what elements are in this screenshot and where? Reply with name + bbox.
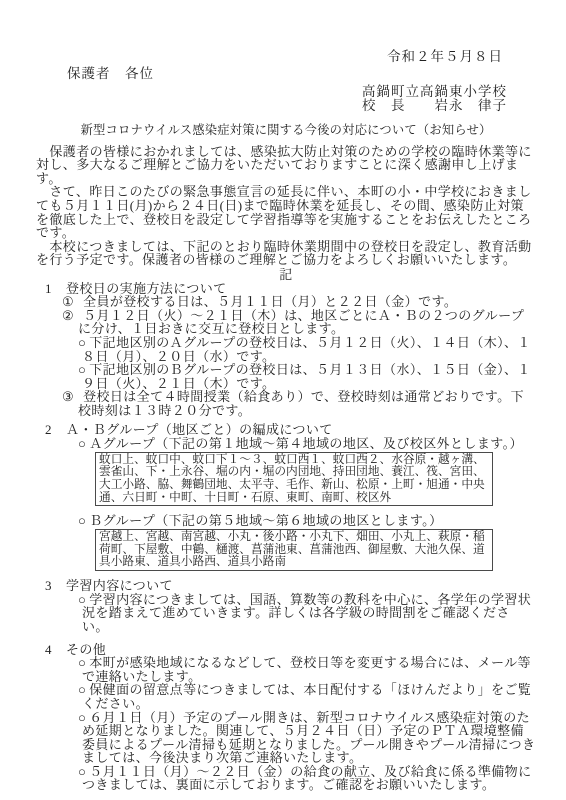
section-number: 1 [45, 282, 66, 296]
item-text: 本町が感染地域になるなどして、登校日等を変更する場合には、メール等で連絡いたしま… [82, 655, 531, 684]
item-text: Ａグループ（下記の第１地域～第４地域の地区、及び校区外とします。） [89, 436, 523, 451]
section-attendance-days: 1 登校日の実施方法について ①全員が登校する日は、５月１１日（月）と２２日（金… [36, 282, 536, 418]
sender-block: 高鍋町立高鍋東小学校 校 長 岩永 律子 [36, 85, 536, 113]
list-item: ○学習内容につきましては、国語、算数等の教科を中心に、各学年の学習状況を踏まえて… [82, 593, 536, 634]
section-other: 4 その他 ○本町が感染地域になるなどして、登校日等を変更する場合には、メール等… [36, 643, 536, 793]
list-item: ①全員が登校する日は、５月１１日（月）と２２日（金）です。 [78, 295, 536, 309]
list-item: ②５月１２日（火）～２１日（木）は、地区ごとにＡ・Ｂの２つのグループに分け、１日… [78, 309, 536, 336]
circled-number-marker: ① [62, 294, 74, 309]
section-title: 学習内容について [66, 579, 173, 593]
sender-principal: 校 長 岩永 律子 [36, 99, 507, 113]
sender-school: 高鍋町立高鍋東小学校 [36, 85, 507, 99]
section-group-composition: 2 Ａ・Ｂグループ（地区ごと）の編成について ○Ａグループ（下記の第１地域～第４… [36, 423, 536, 571]
preamble: 保護者の皆様におかれましては、感染拡大防止対策のための学校の臨時休業等に対し、多… [36, 145, 536, 267]
item-text: 学習内容につきましては、国語、算数等の教科を中心に、各学年の学習状況を踏まえて進… [82, 592, 531, 634]
list-item: ③登校日は全て４時間授業（給食あり）で、登校時刻は通常どおりです。下校時刻は１３… [78, 390, 536, 417]
section-title: Ａ・Ｂグループ（地区ごと）の編成について [66, 423, 333, 437]
circled-number-marker: ② [62, 308, 74, 323]
item-text: 下記地区別のＡグループの登校日は、５月１２日（火）、１４日（木）、１８日（月）、… [82, 335, 531, 364]
section-learning-content: 3 学習内容について ○学習内容につきましては、国語、算数等の教科を中心に、各学… [36, 579, 536, 633]
district-list: 宮越上、宮越、南宮越、小丸・後小路・小丸下、畑田、小丸上、萩原・稲荷町、下屋敷、… [99, 530, 485, 568]
district-list: 蚊口上、蚊口中、蚊口下１～３、蚊口西１、蚊口西２、水谷原・越ヶ溝、雲雀山、下・上… [99, 453, 485, 504]
record-mark: 記 [36, 268, 536, 282]
list-item: ○本町が感染地域になるなどして、登校日等を変更する場合には、メール等で連絡いたし… [82, 656, 536, 683]
addressee: 保護者 各位 [67, 67, 536, 81]
list-item: ○保健面の留意点等につきましては、本日配付する「ほけんだより」をご覧ください。 [82, 683, 536, 710]
item-text: 下記地区別のＢグループの登校日は、５月１３日（水）、１５日（金）、１９日（火）、… [82, 362, 531, 391]
list-item: ○下記地区別のＢグループの登校日は、５月１３日（水）、１５日（金）、１９日（火）… [82, 363, 536, 390]
item-text: Ｂグループ（下記の第５地域～第６地域の地区とします。） [89, 513, 442, 528]
document-date: 令和２年５月８日 [36, 50, 536, 64]
circled-number-marker: ③ [62, 389, 74, 404]
item-text: ６月１日（月）予定のプール開きは、新型コロナウイルス感染症対策のため延期となりま… [82, 710, 535, 766]
document-title: 新型コロナウイルス感染症対策に関する今後の対応について（お知らせ） [36, 124, 536, 138]
section-title: その他 [66, 643, 106, 657]
paragraph: さて、昨日このたびの緊急事態宣言の延長に伴い、本町の小・中学校におきましても５月… [36, 185, 536, 239]
item-text: ５月１１日（月）～２２日（金）の給食の献立、及び給食に係る準備物につきましては、… [82, 764, 531, 793]
section-title: 登校日の実施方法について [66, 282, 227, 296]
group-a-label: ○Ａグループ（下記の第１地域～第４地域の地区、及び校区外とします。） [82, 437, 536, 451]
section-heading: 1 登校日の実施方法について [45, 282, 536, 296]
group-b-districts-box: 宮越上、宮越、南宮越、小丸・後小路・小丸下、畑田、小丸上、萩原・稲荷町、下屋敷、… [95, 529, 493, 571]
group-a-districts-box: 蚊口上、蚊口中、蚊口下１～３、蚊口西１、蚊口西２、水谷原・越ヶ溝、雲雀山、下・上… [95, 452, 493, 507]
section-heading: 2 Ａ・Ｂグループ（地区ごと）の編成について [45, 423, 536, 437]
group-b-label: ○Ｂグループ（下記の第５地域～第６地域の地区とします。） [82, 514, 536, 528]
list-item: ○５月１１日（月）～２２日（金）の給食の献立、及び給食に係る準備物につきましては… [82, 765, 536, 792]
paragraph: 保護者の皆様におかれましては、感染拡大防止対策のための学校の臨時休業等に対し、多… [36, 145, 536, 186]
circle-bullet-marker: ○ [78, 513, 86, 528]
section-number: 3 [45, 579, 66, 593]
item-text: ５月１２日（火）～２１日（木）は、地区ごとにＡ・Ｂの２つのグループに分け、１日お… [78, 308, 524, 337]
document-content: 令和２年５月８日 保護者 各位 高鍋町立高鍋東小学校 校 長 岩永 律子 新型コ… [0, 0, 566, 792]
list-item: ○６月１日（月）予定のプール開きは、新型コロナウイルス感染症対策のため延期となり… [82, 711, 536, 765]
section-heading: 4 その他 [45, 643, 536, 657]
circle-bullet-marker: ○ [78, 436, 86, 451]
paragraph: 本校につきましては、下記のとおり臨時休業期間中の登校日を設定し、教育活動を行う予… [36, 240, 536, 267]
item-text: 登校日は全て４時間授業（給食あり）で、登校時刻は通常どおりです。下校時刻は１３時… [78, 389, 524, 418]
item-text: 保健面の留意点等につきましては、本日配付する「ほけんだより」をご覧ください。 [82, 682, 531, 711]
document-page: 令和２年５月８日 保護者 各位 高鍋町立高鍋東小学校 校 長 岩永 律子 新型コ… [0, 0, 566, 800]
section-number: 4 [45, 643, 66, 657]
section-heading: 3 学習内容について [45, 579, 536, 593]
list-item: ○下記地区別のＡグループの登校日は、５月１２日（火）、１４日（木）、１８日（月）… [82, 336, 536, 363]
section-number: 2 [45, 423, 66, 437]
